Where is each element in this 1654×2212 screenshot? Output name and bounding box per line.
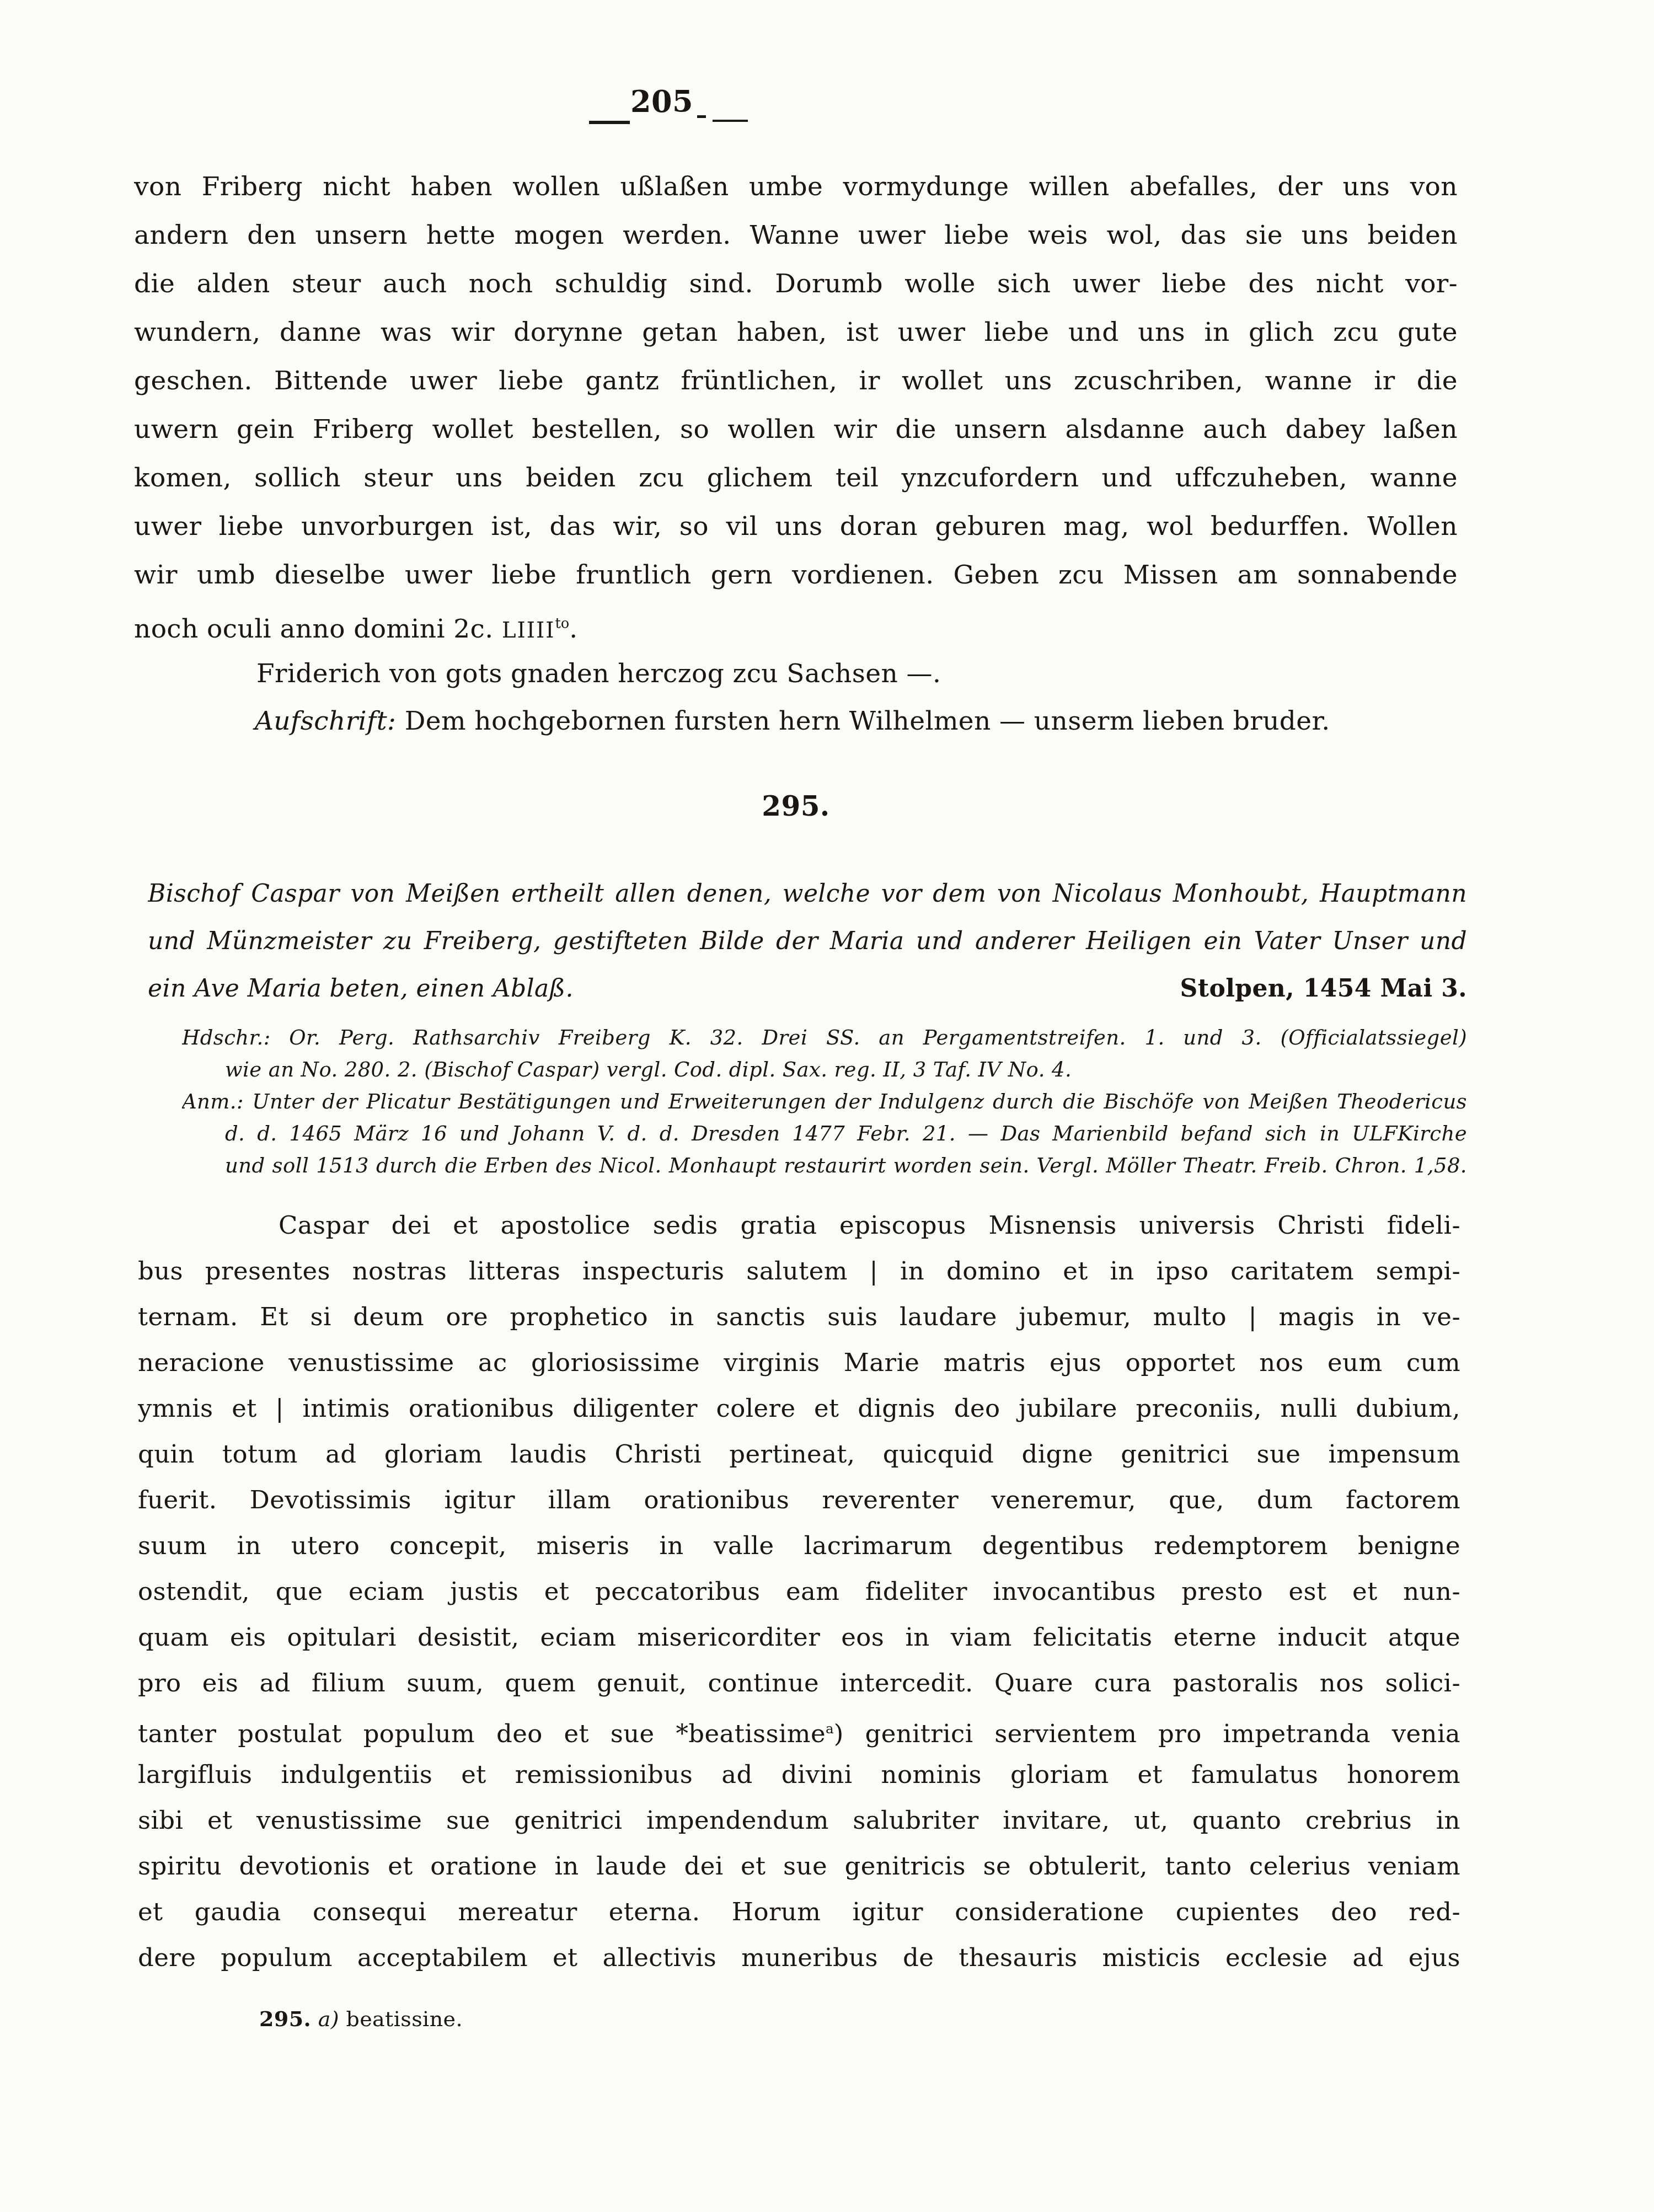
line-text: d. d. 1465 März 16 und Johann V. d. d. D… xyxy=(225,1122,1467,1145)
line-text: . xyxy=(569,614,577,644)
text-line: bus presentes nostras litteras inspectur… xyxy=(138,1248,1460,1294)
header-rule-right-short xyxy=(697,115,706,118)
text-line: quam eis opitulari desistit, eciam miser… xyxy=(138,1614,1460,1660)
entry-summary: Bischof Caspar von Meißen ertheilt allen… xyxy=(148,870,1467,1013)
line-text: quam eis opitulari desistit, eciam miser… xyxy=(138,1622,1460,1652)
text-line: komen, sollich steur uns beiden zcu glic… xyxy=(134,454,1458,502)
footnote-entry-number: 295. xyxy=(259,2006,311,2031)
line-text: komen, sollich steur uns beiden zcu glic… xyxy=(134,463,1458,493)
page-number: 205 xyxy=(628,84,696,119)
text-line: spiritu devotionis et oratione in laude … xyxy=(138,1843,1460,1889)
line-text: et gaudia consequi mereatur eterna. Horu… xyxy=(138,1897,1460,1926)
line-text: von Friberg nicht haben wollen ußlaßen u… xyxy=(134,172,1458,202)
line-text: fuerit. Devotissimis igitur illam oratio… xyxy=(138,1485,1460,1514)
text-line: ternam. Et si deum ore prophetico in san… xyxy=(138,1294,1460,1340)
line-text: bus presentes nostras litteras inspectur… xyxy=(138,1256,1460,1286)
line-text: Caspar dei et apostolice sedis gratia ep… xyxy=(279,1211,1460,1240)
scanned-book-page: 205 von Friberg nicht haben wollen ußlaß… xyxy=(0,0,1654,2212)
signature-line: Friderich von gots gnaden herczog zcu Sa… xyxy=(256,650,941,698)
text-line: die alden steur auch noch schuldig sind.… xyxy=(134,260,1458,308)
text-line-dating: 10noch oculi anno domini 2c. LIIIIto. xyxy=(134,599,1458,648)
line-text: uwer liebe unvorburgen ist, das wir, so … xyxy=(134,511,1458,542)
line-text: wundern, danne was wir dorynne getan hab… xyxy=(134,317,1458,347)
place-date: Stolpen, 1454 Mai 3. xyxy=(1180,965,1467,1013)
hdschr-line: wie an No. 280. 2. (Bischof Caspar) verg… xyxy=(225,1054,1467,1086)
footnote-mark: a) xyxy=(318,2007,339,2031)
line-text: noch oculi anno domini 2c. xyxy=(134,614,502,644)
text-line: wir umb dieselbe uwer liebe fruntlich ge… xyxy=(134,551,1458,599)
line-text: und Münzmeister zu Freiberg, gestifteten… xyxy=(148,927,1467,955)
line-text: ternam. Et si deum ore prophetico in san… xyxy=(138,1302,1460,1331)
aufschrift-line: Aufschrift: Dem hochgebornen fursten her… xyxy=(255,697,1330,746)
text-line: wundern, danne was wir dorynne getan hab… xyxy=(134,308,1458,357)
line-text: ) genitrici servientem pro impetranda ve… xyxy=(834,1719,1460,1748)
line-text: neracione venustissime ac gloriosissime … xyxy=(138,1348,1460,1377)
text-line: suum in utero concepit, miseris in valle… xyxy=(138,1523,1460,1568)
text-line: andern den unsern hette mogen werden. Wa… xyxy=(134,211,1458,260)
text-line: pro eis ad filium suum, quem genuit, con… xyxy=(138,1660,1460,1706)
charter-text: Caspar dei et apostolice sedis gratia ep… xyxy=(138,1202,1460,1980)
roman-year: LIIII xyxy=(502,618,555,643)
line-text: largifluis indulgentiis et remissionibus… xyxy=(138,1760,1460,1789)
line-text: suum in utero concepit, miseris in valle… xyxy=(138,1531,1460,1560)
anm-line: Anm.: Unter der Plicatur Bestätigungen u… xyxy=(182,1086,1467,1118)
text-line: largifluis indulgentiis et remissionibus… xyxy=(138,1752,1460,1797)
text-line: von Friberg nicht haben wollen ußlaßen u… xyxy=(134,163,1458,211)
summary-line: 15 und Münzmeister zu Freiberg, gestifte… xyxy=(148,918,1467,965)
line-text: wir umb dieselbe uwer liebe fruntlich ge… xyxy=(134,560,1458,590)
line-text: pro eis ad filium suum, quem genuit, con… xyxy=(138,1668,1460,1697)
text-line: 35 sibi et venustissime sue genitrici im… xyxy=(138,1797,1460,1843)
text-line: fuerit. Devotissimis igitur illam oratio… xyxy=(138,1477,1460,1523)
anm-line: 20 d. d. 1465 März 16 und Johann V. d. d… xyxy=(225,1118,1467,1150)
text-line: 30 ostendit, que eciam justis et peccato… xyxy=(138,1568,1460,1614)
text-line: 5 geschen. Bittende uwer liebe gantz frü… xyxy=(134,357,1458,405)
footnote: 295. a) beatissine. xyxy=(259,2006,463,2031)
text-line: ymnis et | intimis orationibus diligente… xyxy=(138,1385,1460,1431)
line-text: quin totum ad gloriam laudis Christi per… xyxy=(138,1439,1460,1469)
line-text: die alden steur auch noch schuldig sind.… xyxy=(134,269,1458,299)
line-text: andern den unsern hette mogen werden. Wa… xyxy=(134,220,1458,250)
line-text: tanter postulat populum deo et sue *beat… xyxy=(138,1719,826,1748)
line-text: Bischof Caspar von Meißen ertheilt allen… xyxy=(148,880,1467,908)
text-line: uwer liebe unvorburgen ist, das wir, so … xyxy=(134,502,1458,551)
summary-line: Bischof Caspar von Meißen ertheilt allen… xyxy=(148,870,1467,918)
year-superscript: to xyxy=(555,615,569,632)
text-line: 25 neracione venustissime ac gloriosissi… xyxy=(138,1340,1460,1385)
text-line: quin totum ad gloriam laudis Christi per… xyxy=(138,1431,1460,1477)
summary-last-line: ein Ave Maria beten, einen Ablaß. Stolpe… xyxy=(148,965,1467,1013)
line-text: ein Ave Maria beten, einen Ablaß. xyxy=(148,965,574,1013)
line-text: geschen. Bittende uwer liebe gantz frünt… xyxy=(134,366,1458,396)
aufschrift-label: Aufschrift: xyxy=(255,706,396,736)
line-text: dere populum acceptabilem et allectivis … xyxy=(138,1943,1460,1972)
line-text: ymnis et | intimis orationibus diligente… xyxy=(138,1394,1460,1423)
line-text: sibi et venustissime sue genitrici impen… xyxy=(138,1806,1460,1835)
text-line-with-note: tanter postulat populum deo et sue *beat… xyxy=(138,1706,1460,1752)
text-line: uwern gein Friberg wollet bestellen, so … xyxy=(134,405,1458,454)
text-line: dere populum acceptabilem et allectivis … xyxy=(138,1935,1460,1980)
line-text: spiritu devotionis et oratione in laude … xyxy=(138,1851,1460,1881)
hdschr-line: Hdschr.: Or. Perg. Rathsarchiv Freiberg … xyxy=(182,1022,1467,1054)
letter-body: von Friberg nicht haben wollen ußlaßen u… xyxy=(134,163,1458,648)
aufschrift-text: Dem hochgebornen fursten hern Wilhelmen … xyxy=(396,706,1330,736)
text-line: Caspar dei et apostolice sedis gratia ep… xyxy=(138,1202,1460,1248)
footnote-mark: a xyxy=(826,1721,834,1737)
line-text: uwern gein Friberg wollet bestellen, so … xyxy=(134,414,1458,444)
line-text: ostendit, que eciam justis et peccatorib… xyxy=(138,1577,1460,1606)
header-rule-right-long xyxy=(713,120,748,122)
footnote-text: beatissine. xyxy=(346,2007,463,2031)
entry-number-heading: 295. xyxy=(134,790,1458,822)
text-line: et gaudia consequi mereatur eterna. Horu… xyxy=(138,1889,1460,1935)
header-rule-left xyxy=(589,121,630,124)
anm-line: und soll 1513 durch die Erben des Nicol.… xyxy=(225,1150,1467,1182)
